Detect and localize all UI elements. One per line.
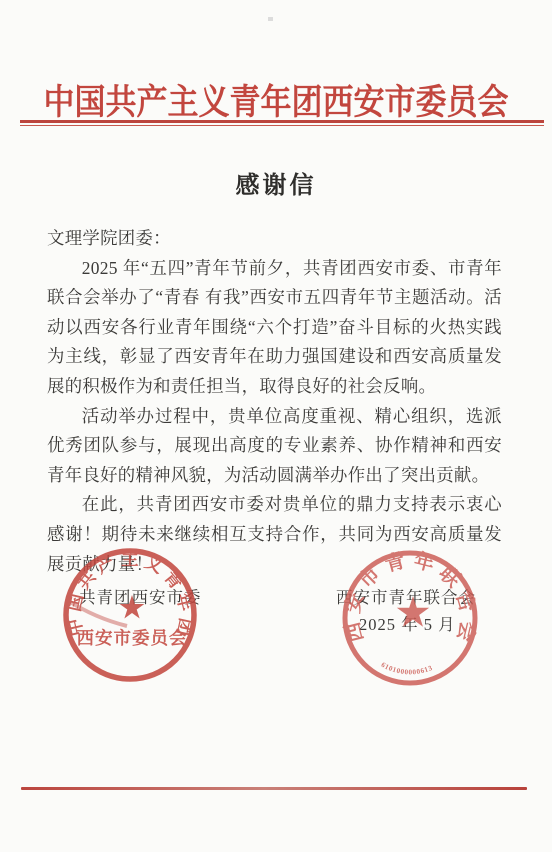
- footer-rule: [21, 787, 527, 790]
- seal-serial: 6101000000613: [380, 661, 434, 677]
- letter-title: 感谢信: [0, 165, 552, 200]
- seal-left-bottom-text: 西安市委员会: [77, 628, 188, 648]
- signature-right-org: 西安市青年联合会: [336, 584, 476, 608]
- paragraph-3: 在此，共青团西安市委对贵单位的鼎力支持表示衷心感谢！期待未来继续相互支持合作，共…: [47, 490, 502, 579]
- letterhead-org-name: 中国共产主义青年团西安市委员会: [0, 73, 552, 124]
- letterhead-rule-thick: [20, 120, 544, 123]
- scan-artifact: [268, 17, 273, 21]
- paragraph-2: 活动举办过程中，贵单位高度重视、精心组织，选派优秀团队参与，展现出高度的专业素养…: [47, 402, 502, 491]
- letter-body: 文理学院团委： 2025 年“五四”青年节前夕，共青团西安市委、市青年联合会举办…: [47, 224, 502, 579]
- paragraph-1: 2025 年“五四”青年节前夕，共青团西安市委、市青年联合会举办了“青春 有我”…: [47, 254, 502, 402]
- salutation: 文理学院团委：: [47, 224, 502, 254]
- signature-left-org: 共青团西安市委: [79, 584, 202, 608]
- signature-date: 2025 年 5 月: [359, 611, 456, 635]
- letterhead-rule: [20, 120, 544, 126]
- svg-text:6101000000613: 6101000000613: [380, 661, 434, 677]
- letterhead-rule-thin: [20, 125, 544, 126]
- letter-page: 中国共产主义青年团西安市委员会 感谢信 文理学院团委： 2025 年“五四”青年…: [0, 0, 552, 852]
